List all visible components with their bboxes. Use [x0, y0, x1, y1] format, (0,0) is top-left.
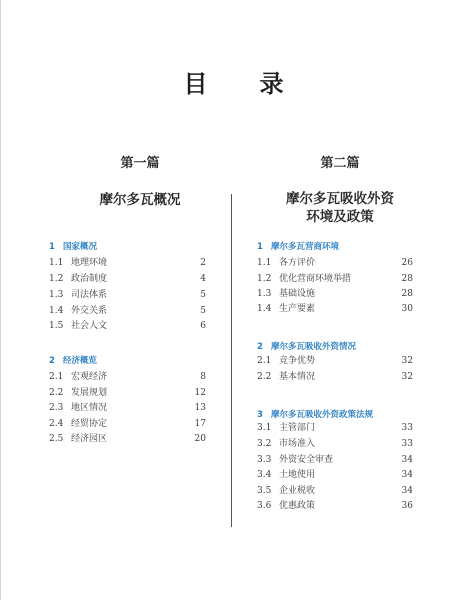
page-number: 8: [200, 371, 206, 383]
page-number: 34: [402, 469, 413, 481]
page-number: 30: [402, 303, 413, 315]
toc-entry[interactable]: 1.3基础设施28: [257, 288, 413, 300]
toc-entry[interactable]: 2.2基本情况32: [257, 371, 413, 383]
page-number: 28: [402, 273, 413, 285]
part-one-label: 第一篇: [60, 152, 220, 171]
toc-entry[interactable]: 1.5社会人文6: [49, 320, 206, 332]
page-number: 2: [200, 257, 206, 269]
toc-entry[interactable]: 1.4外交关系5: [49, 305, 206, 317]
page-number: 28: [402, 288, 413, 300]
toc-entry[interactable]: 2.2发展规划12: [49, 387, 206, 399]
page-number: 33: [402, 422, 413, 434]
column-divider: [231, 194, 232, 527]
page-number: 32: [402, 355, 413, 367]
page-title-char: 录: [260, 64, 284, 99]
section-heading[interactable]: 2经济概览: [49, 354, 97, 366]
part-two-title: 摩尔多瓦吸收外资 环境及政策: [240, 190, 440, 226]
toc-entry[interactable]: 1.1地理环境2: [49, 257, 206, 269]
toc-entry[interactable]: 3.6优惠政策36: [257, 500, 413, 512]
page-number: 5: [200, 305, 206, 317]
toc-entry[interactable]: 3.2市场准入33: [257, 438, 413, 450]
section-heading[interactable]: 2摩尔多瓦吸收外资情况: [257, 340, 356, 352]
page-number: 36: [402, 500, 413, 512]
toc-entry[interactable]: 1.2政治制度4: [49, 273, 206, 285]
toc-entry[interactable]: 2.1竞争优势32: [257, 355, 413, 367]
toc-entry[interactable]: 1.3司法体系5: [49, 289, 206, 301]
page-number: 33: [402, 438, 413, 450]
section-heading[interactable]: 1国家概况: [49, 240, 97, 252]
page-number: 32: [402, 371, 413, 383]
part-two-label: 第二篇: [260, 152, 420, 171]
page-number: 4: [200, 273, 206, 285]
toc-entry[interactable]: 3.1主管部门33: [257, 422, 413, 434]
page-number: 34: [402, 454, 413, 466]
page-number: 17: [195, 418, 206, 430]
toc-entry[interactable]: 1.2优化营商环境举措28: [257, 273, 413, 285]
part-two-title-line: 环境及政策: [240, 208, 440, 226]
toc-entry[interactable]: 2.3地区情况13: [49, 402, 206, 414]
page-number: 5: [200, 289, 206, 301]
section-heading[interactable]: 1摩尔多瓦营商环境: [257, 240, 339, 252]
section-heading[interactable]: 3摩尔多瓦吸收外资政策法规: [257, 408, 373, 420]
page-number: 34: [402, 485, 413, 497]
part-two-title-line: 摩尔多瓦吸收外资: [240, 190, 440, 208]
toc-entry[interactable]: 3.5企业税收34: [257, 485, 413, 497]
toc-entry[interactable]: 1.1各方评价26: [257, 257, 413, 269]
toc-entry[interactable]: 2.4经贸协定17: [49, 418, 206, 430]
page-number: 26: [402, 257, 413, 269]
part-one-title: 摩尔多瓦概况: [60, 191, 220, 209]
page-number: 20: [195, 433, 206, 445]
page-title: 目录: [0, 64, 467, 99]
page-number: 6: [200, 320, 206, 332]
toc-entry[interactable]: 1.4生产要素30: [257, 303, 413, 315]
page-number: 13: [195, 402, 206, 414]
page-number: 12: [195, 387, 206, 399]
toc-entry[interactable]: 3.4土地使用34: [257, 469, 413, 481]
toc-entry[interactable]: 3.3外资安全审查34: [257, 454, 413, 466]
toc-entry[interactable]: 2.1宏观经济8: [49, 371, 206, 383]
toc-entry[interactable]: 2.5经济园区20: [49, 433, 206, 445]
page-title-char: 目: [184, 64, 208, 99]
